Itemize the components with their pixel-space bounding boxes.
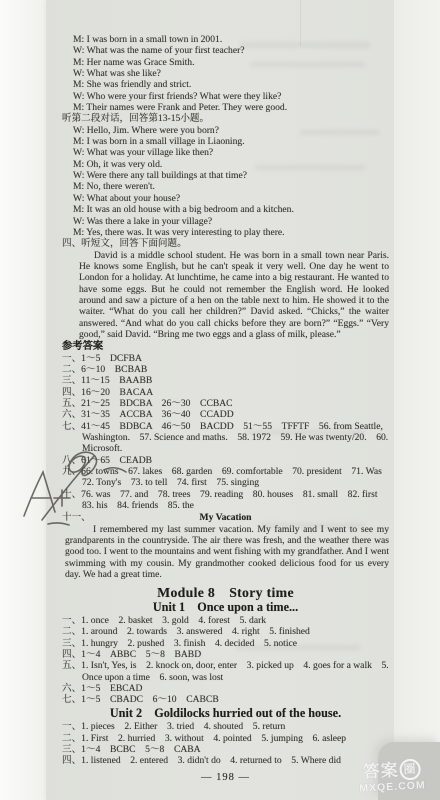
listening-section-header: 四、听短文，回答下面问题。 — [62, 238, 389, 249]
answer-item: 十、76. was 77. and 78. trees 79. reading … — [62, 489, 389, 512]
listening-passage: David is a middle school student. He was… — [79, 250, 389, 341]
answer-item: 四、1～4 ABBC 5～8 BABD — [62, 649, 389, 660]
answer-item: 二、6～10 BCBAB — [62, 364, 389, 375]
answer-item: 三、11～15 BAABB — [62, 375, 389, 386]
answer-key-title: 参考答案 — [62, 341, 389, 352]
dialogue-line: W: Were there any tall buildings at that… — [73, 170, 389, 181]
page-right-margin — [394, 0, 440, 800]
answer-item: 七、1～5 CBADC 6～10 CABCB — [62, 694, 389, 705]
watermark: 答案圈 MXQE.COM — [346, 758, 438, 797]
dialogue-line: M: Yes, there was. It was very interesti… — [73, 227, 389, 238]
dialogue-line: W: What about your house? — [73, 193, 389, 204]
answer-item: 一、1. pieces 2. Either 3. tried 4. shoute… — [62, 721, 389, 732]
dialogue-line: W: What was she like? — [73, 68, 389, 79]
dialogue-line: M: It was an old house with a big bedroo… — [73, 204, 389, 215]
dialogue-line: M: I was born in a small town in 2001. — [73, 34, 389, 45]
answer-item: 二、1. around 2. towards 3. answered 4. ri… — [62, 626, 389, 637]
page-content: M: I was born in a small town in 2001. W… — [62, 34, 389, 783]
answer-item: 四、16～20 BACAA — [62, 387, 389, 398]
unit2-heading: Unit 2 Goldilocks hurried out of the hou… — [62, 707, 389, 721]
answer-item: 七、41～45 BDBCA 46～50 BACDD 51～55 TFFTF 56… — [62, 421, 389, 455]
watermark-circle-icon: 圈 — [399, 759, 421, 781]
dialogue-line: M: I was born in a small village in Liao… — [73, 136, 389, 147]
listening-section-header: 听第二段对话，回答第13-15小题。 — [62, 113, 389, 124]
answer-item: 五、1. Isn't, Yes, is 2. knock on, door, e… — [62, 660, 389, 683]
answer-item: 八、61～65 CEADB — [62, 455, 389, 466]
page-number: — 198 — — [62, 772, 389, 783]
dialogue-line: W: Who were your first friends? What wer… — [73, 91, 389, 102]
answer-item: 六、1～5 EBCAD — [62, 683, 389, 694]
dialogue-line: M: Oh, it was very old. — [73, 159, 389, 170]
essay-body: I remembered my last summer vacation. My… — [65, 524, 389, 581]
module-heading: Module 8 Story time — [62, 585, 389, 600]
dialogue-line: M: Her name was Grace Smith. — [73, 57, 389, 68]
essay-title: My Vacation — [200, 512, 252, 523]
dialogue-line: W: What was the name of your first teach… — [73, 45, 389, 56]
dialogue-line: M: Their names were Frank and Peter. The… — [73, 102, 389, 113]
answer-item: 二、1. First 2. hurried 3. without 4. poin… — [62, 733, 389, 744]
unit1-heading: Unit 1 Once upon a time... — [62, 601, 389, 615]
answer-item: 三、1. hungry 2. pushed 3. finish 4. decid… — [62, 638, 389, 649]
scanned-answer-page: { "transcript": { "dialogue1": [ "M: I w… — [0, 0, 440, 800]
answer-item: 六、31～35 ACCBA 36～40 CCADD — [62, 409, 389, 420]
answer-item: 九、66. towns 67. lakes 68. garden 69. com… — [62, 466, 389, 489]
dialogue-line: M: She was friendly and strict. — [73, 79, 389, 90]
dialogue-line: W: Was there a lake in your village? — [73, 216, 389, 227]
answer-item: 四、1. listened 2. entered 3. didn't do 4.… — [62, 755, 389, 766]
dialogue-line: W: Hello, Jim. Where were you born? — [73, 125, 389, 136]
answer-item: 一、1. once 2. basket 3. gold 4. forest 5.… — [62, 615, 389, 626]
answer-item: 五、21～25 BDCBA 26～30 CCBAC — [62, 398, 389, 409]
watermark-logo-text: 答案 — [362, 761, 399, 782]
dialogue-line: W: What was your village like then? — [73, 147, 389, 158]
page-left-margin — [0, 0, 46, 800]
essay-title-row: 十一、 My Vacation — [62, 512, 389, 523]
answer-item: 一、1～5 DCFBA — [62, 353, 389, 364]
dialogue-line: M: No, there weren't. — [73, 181, 389, 192]
essay-item-marker: 十一、 — [62, 512, 91, 523]
answer-item: 三、1～4 BCBC 5～8 CABA — [62, 744, 389, 755]
